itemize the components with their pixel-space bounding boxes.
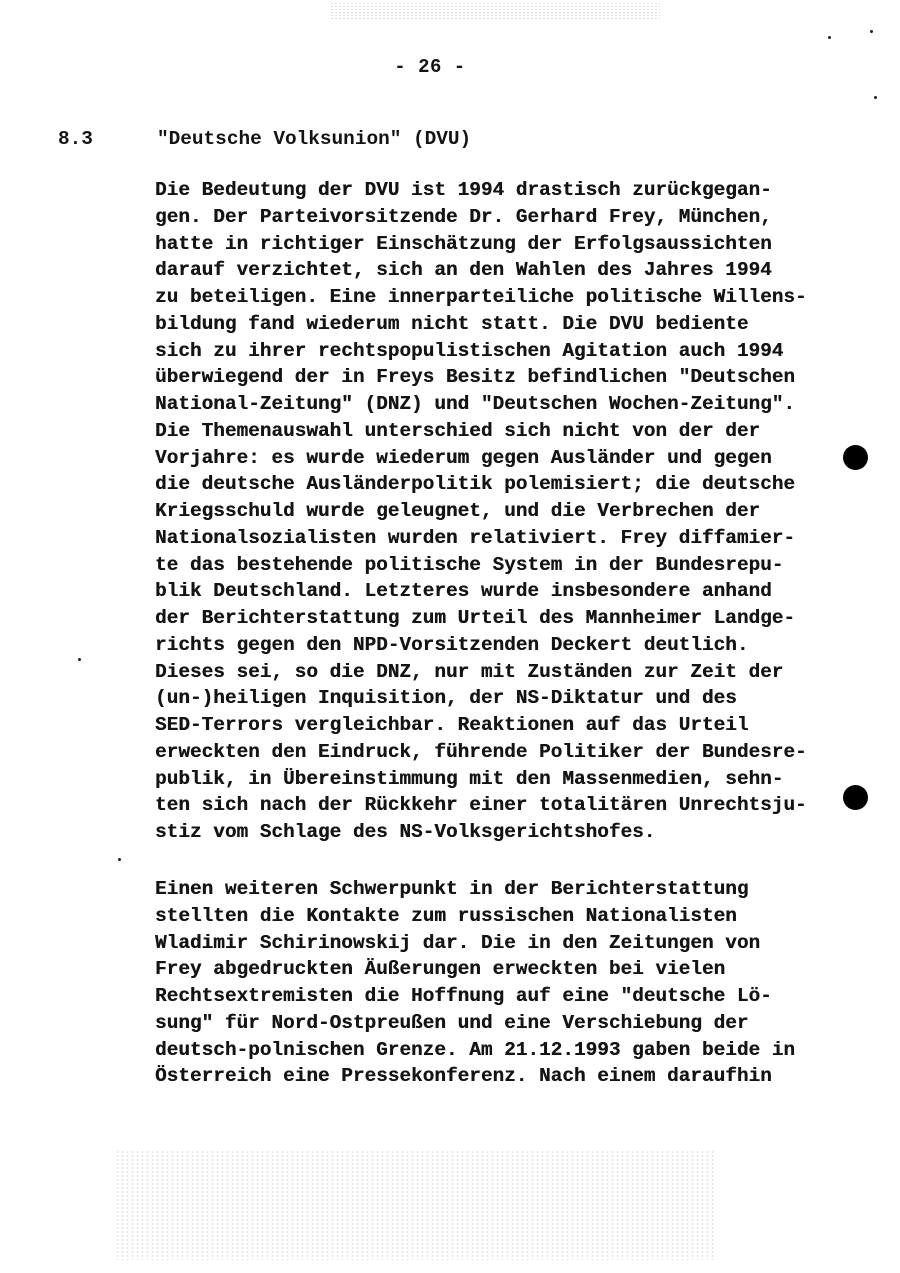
text-line: publik, in Übereinstimmung mit den Masse… [155, 766, 807, 793]
text-line: ten sich nach der Rückkehr einer totalit… [155, 792, 807, 819]
text-line: blik Deutschland. Letzteres wurde insbes… [155, 578, 807, 605]
scan-noise-top [330, 2, 660, 20]
text-line: hatte in richtiger Einschätzung der Erfo… [155, 231, 807, 258]
paragraph-1: Die Bedeutung der DVU ist 1994 drastisch… [155, 177, 807, 846]
text-line: der Berichterstattung zum Urteil des Man… [155, 605, 807, 632]
section-title: "Deutsche Volksunion" (DVU) [157, 128, 471, 150]
text-line: Rechtsextremisten die Hoffnung auf eine … [155, 983, 795, 1010]
text-line: Frey abgedruckten Äußerungen erweckten b… [155, 956, 795, 983]
text-line: zu beteiligen. Eine innerparteiliche pol… [155, 284, 807, 311]
page-number: - 26 - [0, 56, 860, 78]
text-line: sich zu ihrer rechtspopulistischen Agita… [155, 338, 807, 365]
text-line: Nationalsozialisten wurden relativiert. … [155, 525, 807, 552]
document-page: - 26 - 8.3 "Deutsche Volksunion" (DVU) D… [0, 0, 900, 1273]
scan-speck [78, 658, 81, 661]
scan-speck [118, 858, 121, 861]
text-line: überwiegend der in Freys Besitz befindli… [155, 364, 807, 391]
text-line: richts gegen den NPD-Vorsitzenden Decker… [155, 632, 807, 659]
text-line: Dieses sei, so die DNZ, nur mit Zustände… [155, 659, 807, 686]
text-line: National-Zeitung" (DNZ) und "Deutschen W… [155, 391, 807, 418]
scan-noise-bottom [115, 1150, 715, 1260]
text-line: sung" für Nord-Ostpreußen und eine Versc… [155, 1010, 795, 1037]
text-line: gen. Der Parteivorsitzende Dr. Gerhard F… [155, 204, 807, 231]
text-line: (un-)heiligen Inquisition, der NS-Diktat… [155, 685, 807, 712]
section-number: 8.3 [58, 128, 93, 150]
text-line: die deutsche Ausländerpolitik polemisier… [155, 471, 807, 498]
scan-speck [874, 96, 877, 99]
text-line: Vorjahre: es wurde wiederum gegen Auslän… [155, 445, 807, 472]
text-line: Österreich eine Pressekonferenz. Nach ei… [155, 1063, 795, 1090]
text-line: bildung fand wiederum nicht statt. Die D… [155, 311, 807, 338]
punch-hole [843, 445, 868, 470]
text-line: Die Themenauswahl unterschied sich nicht… [155, 418, 807, 445]
text-line: Wladimir Schirinowskij dar. Die in den Z… [155, 930, 795, 957]
text-line: te das bestehende politische System in d… [155, 552, 807, 579]
scan-speck [828, 36, 831, 39]
text-line: stiz vom Schlage des NS-Volksgerichtshof… [155, 819, 807, 846]
paragraph-2: Einen weiteren Schwerpunkt in der Berich… [155, 876, 795, 1090]
text-line: erweckten den Eindruck, führende Politik… [155, 739, 807, 766]
text-line: deutsch-polnischen Grenze. Am 21.12.1993… [155, 1037, 795, 1064]
text-line: Einen weiteren Schwerpunkt in der Berich… [155, 876, 795, 903]
text-line: darauf verzichtet, sich an den Wahlen de… [155, 257, 807, 284]
punch-hole [843, 785, 868, 810]
text-line: Kriegsschuld wurde geleugnet, und die Ve… [155, 498, 807, 525]
text-line: stellten die Kontakte zum russischen Nat… [155, 903, 795, 930]
text-line: SED-Terrors vergleichbar. Reaktionen auf… [155, 712, 807, 739]
scan-speck [870, 30, 873, 33]
text-line: Die Bedeutung der DVU ist 1994 drastisch… [155, 177, 807, 204]
